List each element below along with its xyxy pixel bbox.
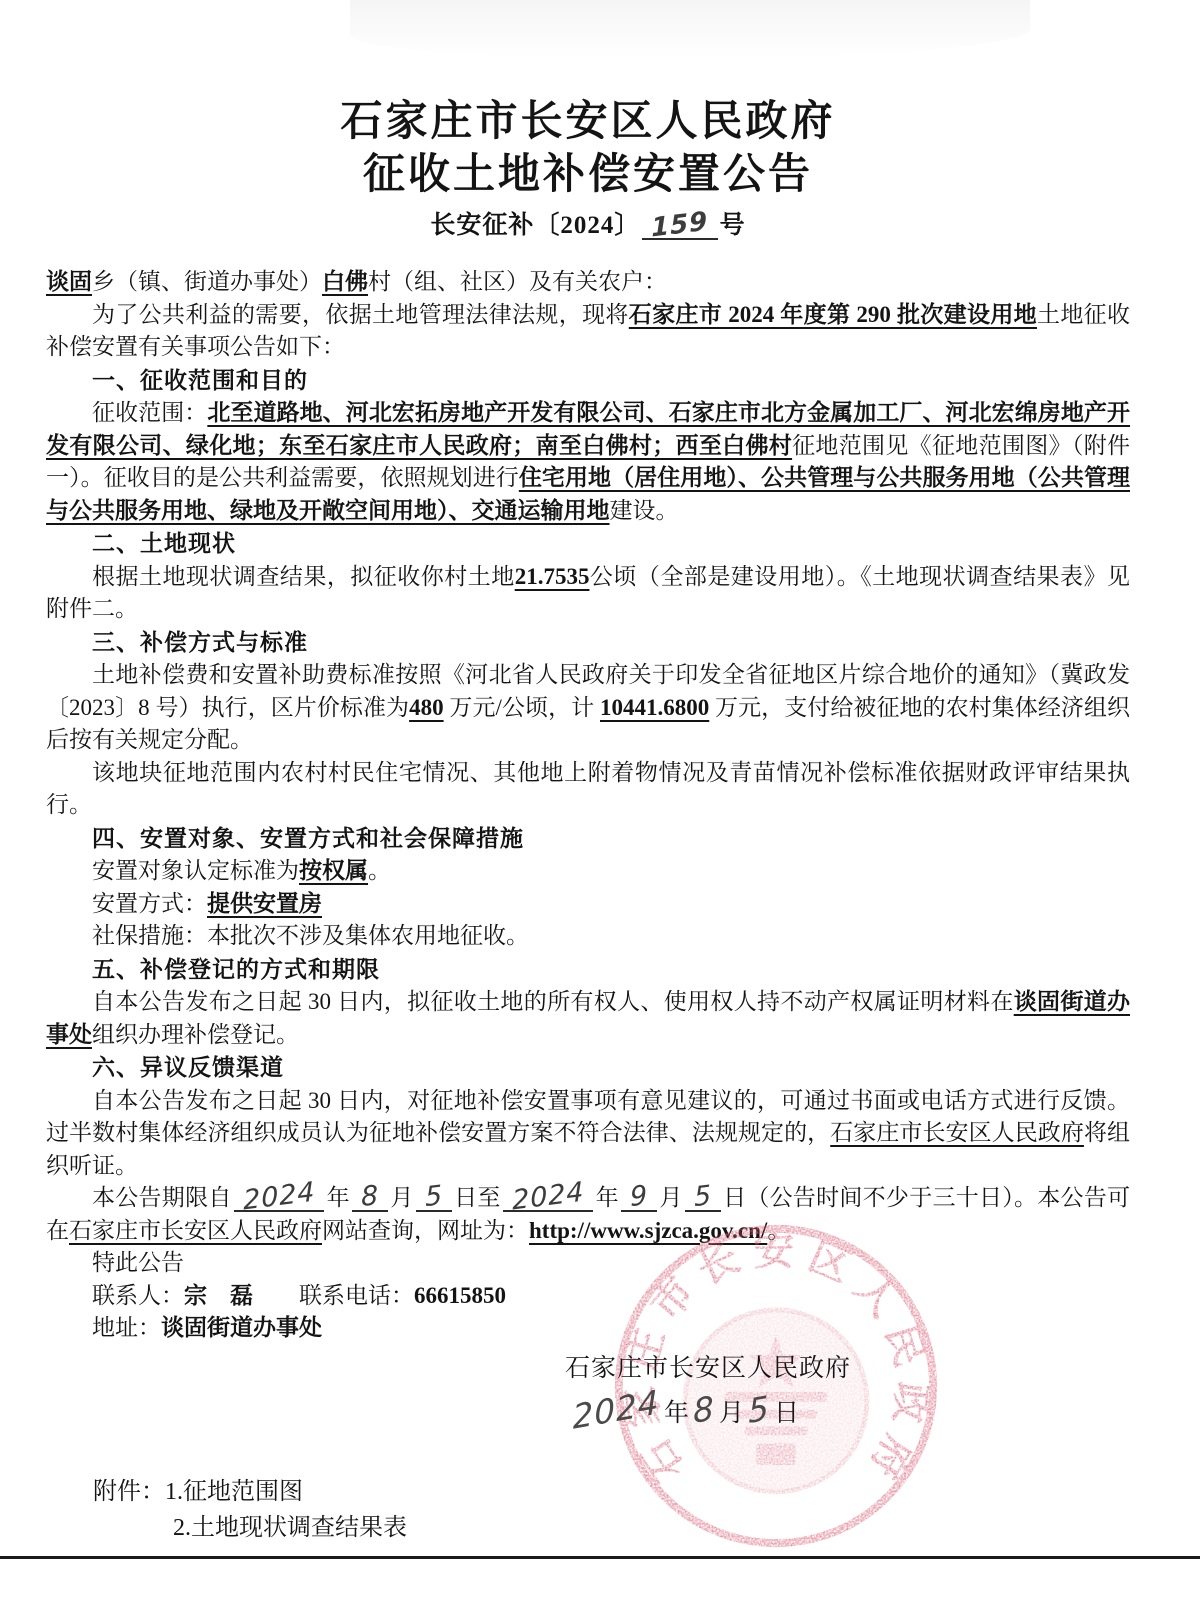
section-heading: 四、安置对象、安置方式和社会保障措施: [46, 822, 1130, 856]
announcement-page: 石家庄市长安区人民政府 征收土地补偿安置公告 长安征补〔2024〕159号 谈固…: [0, 0, 1200, 1599]
content-column: 石家庄市长安区人民政府 征收土地补偿安置公告 长安征补〔2024〕159号 谈固…: [46, 0, 1130, 1345]
text-run: 白佛: [322, 269, 368, 294]
text-run: 二、土地现状: [92, 530, 236, 556]
attachment-2: 2.土地现状调查结果表: [173, 1515, 407, 1541]
handwritten-value: 5: [693, 1184, 712, 1210]
text-run: 三、补偿方式与标准: [92, 629, 308, 655]
handwritten-blank: 5: [685, 1185, 721, 1212]
body-paragraph: 安置对象认定标准为按权属。: [46, 855, 1130, 888]
body-paragraph: 自本公告发布之日起 30 日内，对征地补偿安置事项有意见建议的，可通过书面或电话…: [46, 1085, 1130, 1183]
text-run: 石家庄市 2024 年度第 290 批次建设用地: [629, 302, 1037, 327]
attachment-item: 附件：1.征地范围图: [93, 1474, 407, 1510]
text-run: 联系电话：: [253, 1283, 414, 1308]
attachments: 附件：1.征地范围图 2.土地现状调查结果表: [93, 1474, 407, 1546]
text-run: 地址：: [92, 1315, 161, 1340]
doc-number-blank: 159: [642, 213, 717, 240]
body-paragraph: 社保措施：本批次不涉及集体农用地征收。: [46, 920, 1130, 953]
text-run: 谈固街道办事处: [161, 1315, 322, 1340]
handwritten-value: 5: [424, 1184, 443, 1210]
handwritten-year: 2024: [572, 1380, 660, 1440]
text-run: 建设。: [610, 498, 679, 523]
text-run: 联系人：: [92, 1283, 184, 1308]
text-run: 安置对象认定标准为: [92, 858, 299, 883]
handwritten-blank: 9: [621, 1185, 657, 1212]
text-run: 六、异议反馈渠道: [92, 1054, 284, 1080]
text-run: 特此公告: [92, 1250, 184, 1275]
text-run: 乡（镇、街道办事处）: [92, 269, 322, 294]
text-run: 石家庄市长安区人民政府: [830, 1120, 1084, 1145]
section-heading: 一、征收范围和目的: [46, 364, 1130, 398]
body-paragraph: 本公告期限自2024年8月5日至2024年9月5日（公告时间不少于三十日）。本公…: [46, 1182, 1130, 1247]
text-run: 该地块征地范围内农村村民住宅情况、其他地上附着物情况及青苗情况补偿标准依据财政评…: [46, 760, 1130, 818]
text-run: 征收范围：: [92, 400, 207, 425]
handwritten-month: 8: [692, 1386, 715, 1434]
handwritten-day: 5: [747, 1386, 770, 1434]
page-title: 石家庄市长安区人民政府: [46, 96, 1130, 149]
handwritten-value: 8: [361, 1184, 380, 1210]
section-heading: 六、异议反馈渠道: [46, 1051, 1130, 1085]
signature-date: 2024年8月5日: [558, 1388, 858, 1436]
text-run: 谈固: [46, 269, 92, 294]
body-paragraph: 根据土地现状调查结果，拟征收你村土地21.7535公顷（全部是建设用地）。《土地…: [46, 561, 1130, 626]
handwritten-blank: 2024: [234, 1185, 325, 1212]
text-run: 安置方式：: [92, 891, 207, 916]
body-paragraph: 土地补偿费和安置补助费标准按照《河北省人民政府关于印发全省征地区片综合地价的通知…: [46, 659, 1130, 757]
doc-number-handwritten: 159: [651, 209, 709, 240]
handwritten-value: 9: [630, 1184, 649, 1210]
handwritten-blank: 5: [416, 1185, 452, 1212]
doc-number-prefix: 长安征补〔2024〕: [430, 212, 640, 239]
body-paragraph: 征收范围：北至道路地、河北宏拓房地产开发有限公司、石家庄市北方金属加工厂、河北宏…: [46, 397, 1130, 527]
page-subtitle: 征收土地补偿安置公告: [46, 149, 1130, 202]
text-run: 村（组、社区）及有关农户：: [368, 269, 667, 294]
text-run: 日至: [454, 1185, 501, 1210]
section-heading: 五、补偿登记的方式和期限: [46, 953, 1130, 987]
section-heading: 三、补偿方式与标准: [46, 626, 1130, 660]
page-bottom-rule: [0, 1556, 1200, 1559]
text-run: 21.7535: [515, 564, 590, 589]
text-run: 10441.6800: [600, 695, 709, 720]
text-run: 按权属: [299, 858, 368, 883]
text-run: 月: [659, 1185, 683, 1210]
text-run: 自本公告发布之日起 30 日内，拟征收土地的所有权人、使用权人持不动产权属证明材…: [92, 989, 1014, 1014]
attachment-item: 2.土地现状调查结果表: [173, 1510, 407, 1546]
text-run: 社保措施：本批次不涉及集体农用地征收。: [92, 923, 529, 948]
text-run: 年: [326, 1185, 350, 1210]
attachments-label: 附件：: [93, 1479, 165, 1505]
attachment-1: 1.征地范围图: [165, 1479, 303, 1505]
salutation: 谈固乡（镇、街道办事处）白佛村（组、社区）及有关农户：: [46, 266, 1130, 299]
section-heading: 二、土地现状: [46, 527, 1130, 561]
text-run: 万元/公顷，计: [444, 695, 600, 720]
text-run: 为了公共利益的需要，依据土地管理法律法规，现将: [92, 302, 629, 327]
doc-number: 长安征补〔2024〕159号: [46, 208, 1130, 244]
text-run: 网站查询，网址为：: [322, 1218, 529, 1243]
text-run: 根据土地现状调查结果，拟征收你村土地: [92, 564, 515, 589]
handwritten-blank: 2024: [503, 1185, 594, 1212]
contact-line: 联系人：宗 磊 联系电话：66615850: [46, 1280, 1130, 1313]
text-run: 本公告期限自: [92, 1185, 232, 1210]
text-run: 66615850: [414, 1283, 506, 1308]
document-header: 石家庄市长安区人民政府 征收土地补偿安置公告 长安征补〔2024〕159号: [46, 0, 1130, 244]
text-run: 五、补偿登记的方式和期限: [92, 956, 380, 982]
document-body: 谈固乡（镇、街道办事处）白佛村（组、社区）及有关农户：为了公共利益的需要，依据土…: [46, 266, 1130, 1345]
handwritten-value: 2024: [511, 1181, 584, 1214]
body-paragraph: 自本公告发布之日起 30 日内，拟征收土地的所有权人、使用权人持不动产权属证明材…: [46, 986, 1130, 1051]
handwritten-value: 2024: [242, 1181, 315, 1214]
text-run: 宗 磊: [184, 1283, 253, 1308]
text-run: 480: [409, 695, 444, 720]
text-run: 提供安置房: [207, 891, 322, 916]
body-paragraph: 安置方式：提供安置房: [46, 888, 1130, 921]
text-run: 月: [390, 1185, 414, 1210]
text-run: 四、安置对象、安置方式和社会保障措施: [92, 825, 524, 851]
doc-number-suffix: 号: [720, 212, 746, 239]
text-run: 一、征收范围和目的: [92, 367, 308, 393]
text-run: 石家庄市长安区人民政府: [69, 1218, 322, 1243]
handwritten-blank: 8: [352, 1185, 388, 1212]
text-run: 组织办理补偿登记。: [92, 1022, 299, 1047]
text-run: 。: [368, 858, 391, 883]
body-paragraph: 为了公共利益的需要，依据土地管理法律法规，现将石家庄市 2024 年度第 290…: [46, 299, 1130, 364]
body-paragraph: 特此公告: [46, 1247, 1130, 1280]
address-line: 地址：谈固街道办事处: [46, 1312, 1130, 1345]
signature-block: 石家庄市长安区人民政府 2024年8月5日: [558, 1352, 858, 1436]
signature-org: 石家庄市长安区人民政府: [558, 1352, 858, 1386]
body-paragraph: 该地块征地范围内农村村民住宅情况、其他地上附着物情况及青苗情况补偿标准依据财政评…: [46, 757, 1130, 822]
text-run: 年: [595, 1185, 619, 1210]
